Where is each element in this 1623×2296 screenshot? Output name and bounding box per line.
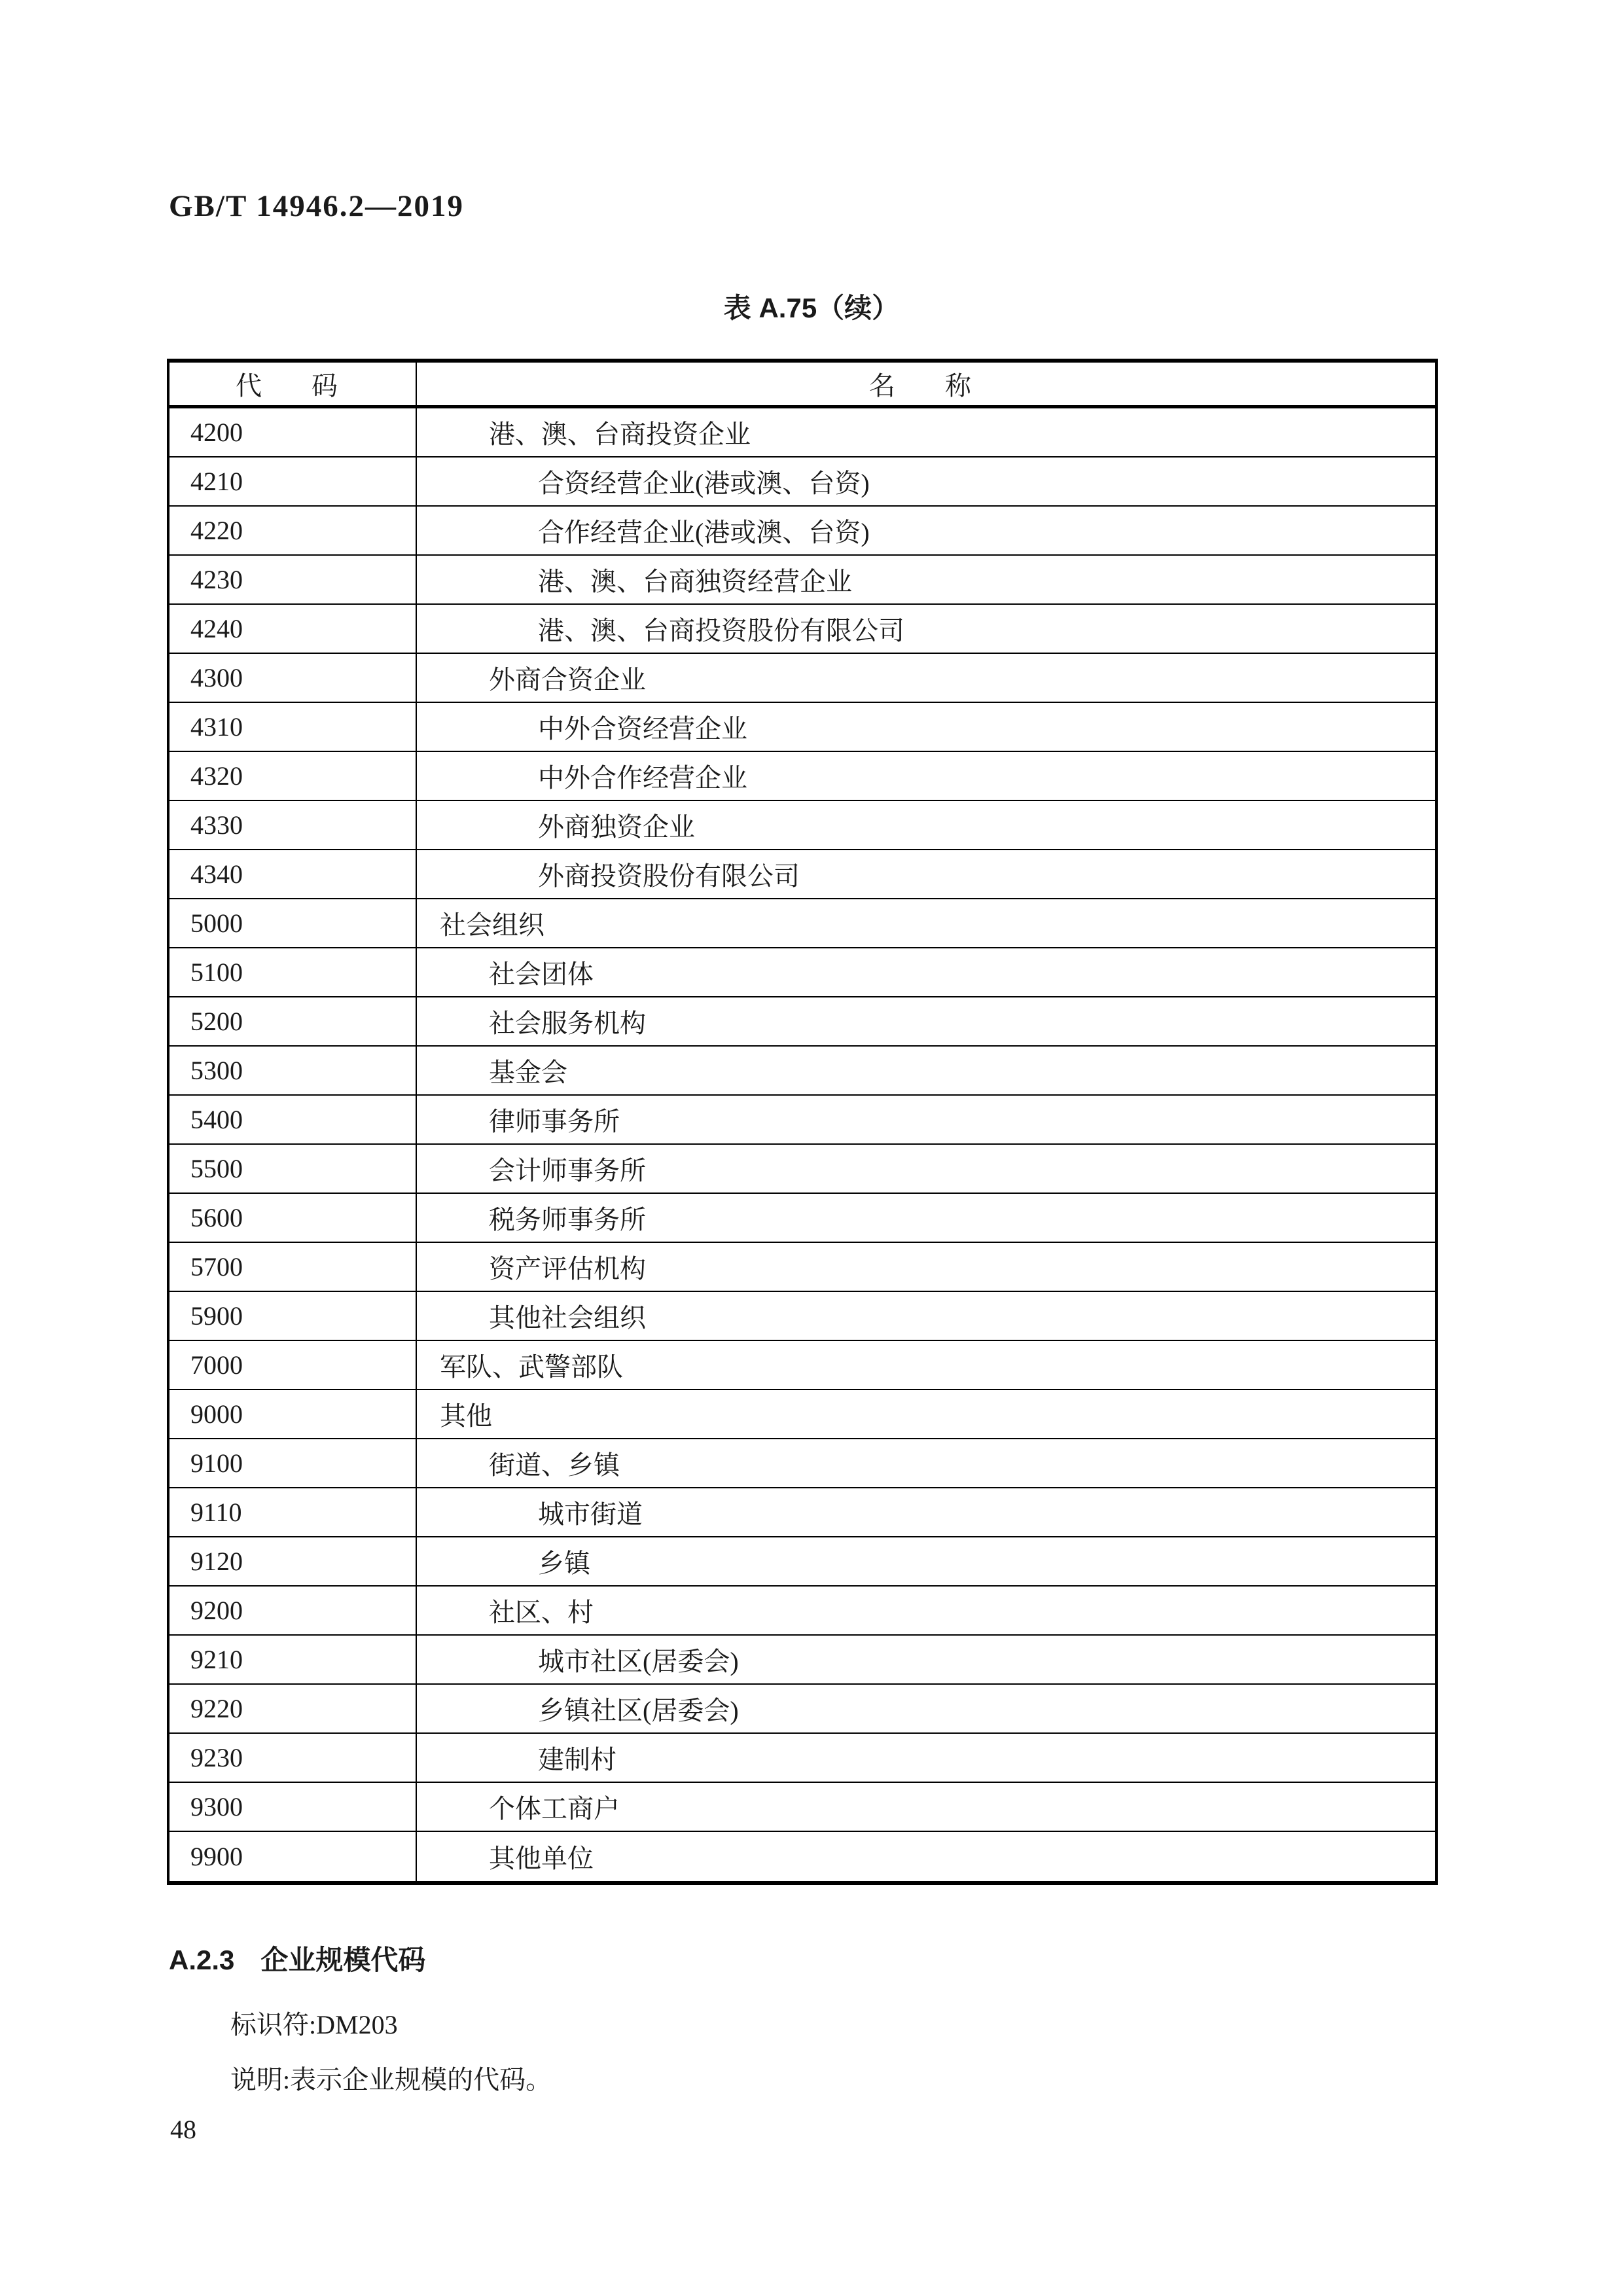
code-cell: 5500 xyxy=(169,1145,417,1193)
table-row: 5400 律师事务所 xyxy=(169,1096,1435,1145)
code-cell: 9300 xyxy=(169,1783,417,1831)
table-row: 9230 建制村 xyxy=(169,1734,1435,1783)
section-heading: A.2.3企业规模代码 xyxy=(169,1939,425,1978)
table-row: 9220 乡镇社区(居委会) xyxy=(169,1685,1435,1734)
name-cell: 外商独资企业 xyxy=(417,801,1435,849)
code-cell: 4320 xyxy=(169,752,417,800)
code-cell: 9210 xyxy=(169,1636,417,1683)
table-row: 4220 合作经营企业(港或澳、台资) xyxy=(169,507,1435,556)
code-cell: 5000 xyxy=(169,899,417,947)
table-row: 5500 会计师事务所 xyxy=(169,1145,1435,1194)
table-row: 7000 军队、武警部队 xyxy=(169,1341,1435,1390)
table-row: 4340 外商投资股份有限公司 xyxy=(169,850,1435,899)
code-cell: 5400 xyxy=(169,1096,417,1143)
table-row: 4200 港、澳、台商投资企业 xyxy=(169,408,1435,457)
name-cell: 税务师事务所 xyxy=(417,1194,1435,1242)
table-caption: 表 A.75（续） xyxy=(0,287,1623,326)
name-cell: 个体工商户 xyxy=(417,1783,1435,1831)
code-cell: 9000 xyxy=(169,1390,417,1438)
code-cell: 9200 xyxy=(169,1587,417,1634)
name-cell: 其他单位 xyxy=(417,1832,1435,1881)
table-row: 4300 外商合资企业 xyxy=(169,654,1435,703)
table-row: 9300 个体工商户 xyxy=(169,1783,1435,1832)
code-cell: 4210 xyxy=(169,457,417,505)
code-cell: 4240 xyxy=(169,605,417,653)
code-cell: 5600 xyxy=(169,1194,417,1242)
name-cell: 乡镇 xyxy=(417,1537,1435,1585)
table-row: 9110 城市街道 xyxy=(169,1488,1435,1537)
code-cell: 4340 xyxy=(169,850,417,898)
code-table: 代 码 名 称 4200 港、澳、台商投资企业 4210 合资经营企业(港或澳、… xyxy=(167,359,1438,1885)
description-line: 说明:表示企业规模的代码。 xyxy=(230,2059,552,2096)
code-cell: 4300 xyxy=(169,654,417,702)
name-cell: 外商投资股份有限公司 xyxy=(417,850,1435,898)
table-row: 4210 合资经营企业(港或澳、台资) xyxy=(169,457,1435,507)
name-cell: 社会服务机构 xyxy=(417,997,1435,1045)
code-cell: 9230 xyxy=(169,1734,417,1782)
table-row: 9200 社区、村 xyxy=(169,1587,1435,1636)
code-cell: 5300 xyxy=(169,1047,417,1094)
standard-number-header: GB/T 14946.2—2019 xyxy=(169,188,464,224)
table-row: 9210 城市社区(居委会) xyxy=(169,1636,1435,1685)
table-row: 5200 社会服务机构 xyxy=(169,997,1435,1047)
table-row: 4330 外商独资企业 xyxy=(169,801,1435,850)
name-cell: 乡镇社区(居委会) xyxy=(417,1685,1435,1732)
code-cell: 9900 xyxy=(169,1832,417,1881)
code-cell: 5200 xyxy=(169,997,417,1045)
code-cell: 9220 xyxy=(169,1685,417,1732)
name-cell: 合作经营企业(港或澳、台资) xyxy=(417,507,1435,554)
name-cell: 社会组织 xyxy=(417,899,1435,947)
table-row: 9900 其他单位 xyxy=(169,1832,1435,1881)
code-cell: 9100 xyxy=(169,1439,417,1487)
table-row: 9100 街道、乡镇 xyxy=(169,1439,1435,1488)
name-cell: 港、澳、台商独资经营企业 xyxy=(417,556,1435,603)
name-cell: 港、澳、台商投资股份有限公司 xyxy=(417,605,1435,653)
name-cell: 其他社会组织 xyxy=(417,1292,1435,1340)
table-row: 5000 社会组织 xyxy=(169,899,1435,948)
table-row: 9120 乡镇 xyxy=(169,1537,1435,1587)
name-cell: 街道、乡镇 xyxy=(417,1439,1435,1487)
page-number: 48 xyxy=(170,2114,196,2145)
name-cell: 建制村 xyxy=(417,1734,1435,1782)
code-cell: 4200 xyxy=(169,408,417,456)
code-cell: 4230 xyxy=(169,556,417,603)
code-table-body: 4200 港、澳、台商投资企业 4210 合资经营企业(港或澳、台资) 4220… xyxy=(169,408,1435,1881)
code-cell: 9120 xyxy=(169,1537,417,1585)
column-header-name: 名 称 xyxy=(417,363,1435,405)
name-cell: 军队、武警部队 xyxy=(417,1341,1435,1389)
table-header-row: 代 码 名 称 xyxy=(169,363,1435,408)
section-title: 企业规模代码 xyxy=(260,1945,425,1975)
code-cell: 5700 xyxy=(169,1243,417,1291)
identifier-line: 标识符:DM203 xyxy=(230,2004,398,2041)
table-row: 5700 资产评估机构 xyxy=(169,1243,1435,1292)
code-cell: 5100 xyxy=(169,948,417,996)
code-cell: 4220 xyxy=(169,507,417,554)
name-cell: 资产评估机构 xyxy=(417,1243,1435,1291)
name-cell: 城市街道 xyxy=(417,1488,1435,1536)
name-cell: 律师事务所 xyxy=(417,1096,1435,1143)
name-cell: 其他 xyxy=(417,1390,1435,1438)
table-row: 5900 其他社会组织 xyxy=(169,1292,1435,1341)
table-row: 5600 税务师事务所 xyxy=(169,1194,1435,1243)
name-cell: 基金会 xyxy=(417,1047,1435,1094)
code-cell: 4310 xyxy=(169,703,417,751)
code-cell: 7000 xyxy=(169,1341,417,1389)
name-cell: 合资经营企业(港或澳、台资) xyxy=(417,457,1435,505)
name-cell: 港、澳、台商投资企业 xyxy=(417,408,1435,456)
table-row: 4320 中外合作经营企业 xyxy=(169,752,1435,801)
column-header-code: 代 码 xyxy=(169,363,417,405)
table-row: 4310 中外合资经营企业 xyxy=(169,703,1435,752)
code-cell: 5900 xyxy=(169,1292,417,1340)
name-cell: 社区、村 xyxy=(417,1587,1435,1634)
table-row: 5300 基金会 xyxy=(169,1047,1435,1096)
code-cell: 4330 xyxy=(169,801,417,849)
name-cell: 中外合作经营企业 xyxy=(417,752,1435,800)
name-cell: 城市社区(居委会) xyxy=(417,1636,1435,1683)
table-row: 4240 港、澳、台商投资股份有限公司 xyxy=(169,605,1435,654)
code-cell: 9110 xyxy=(169,1488,417,1536)
name-cell: 中外合资经营企业 xyxy=(417,703,1435,751)
name-cell: 社会团体 xyxy=(417,948,1435,996)
section-number: A.2.3 xyxy=(169,1945,234,1975)
name-cell: 会计师事务所 xyxy=(417,1145,1435,1193)
name-cell: 外商合资企业 xyxy=(417,654,1435,702)
table-row: 9000 其他 xyxy=(169,1390,1435,1439)
table-row: 4230 港、澳、台商独资经营企业 xyxy=(169,556,1435,605)
document-page: GB/T 14946.2—2019 表 A.75（续） 代 码 名 称 4200… xyxy=(0,0,1623,2296)
table-row: 5100 社会团体 xyxy=(169,948,1435,997)
